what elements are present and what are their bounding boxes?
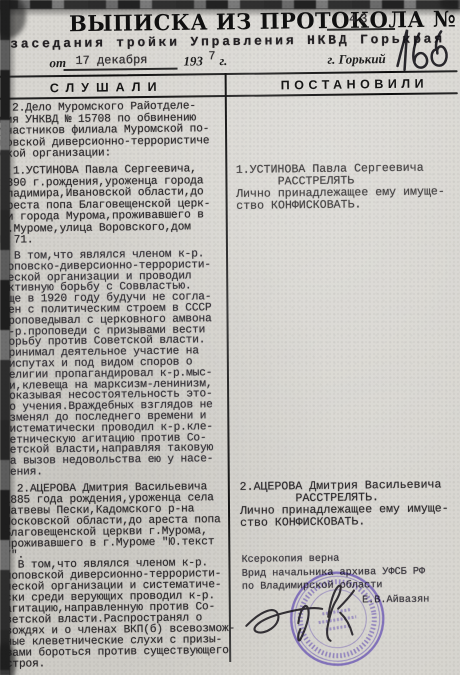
resolution1: 1.УСТИНОВА Павла Сергеевича РАССТРЕЛЯТЬ … [236, 162, 458, 213]
year-printed: 193 [183, 53, 203, 69]
handwritten-page-number [387, 23, 454, 84]
scan-edge-left-shadow [9, 0, 17, 675]
resolution2: 2.АЦЕРОВА Дмитрия Васильевича РАССТРЕЛЯТ… [240, 479, 460, 530]
case-intro-paragraph: 2.Дело Муромского Райотделе- ния УНКВД №… [0, 101, 232, 162]
person2-description: 2.АЦЕРОВА Дмитрия Васильевича 1885 года … [4, 482, 237, 562]
person1-charges: В том,что являлся членом к-р. поповско-д… [1, 249, 236, 479]
person2-charges: В том,что являлся членом к-р. поповской … [5, 558, 238, 671]
date-value: 17 декабря [75, 53, 147, 68]
year-suffix: г. [219, 53, 227, 69]
city-label: г. Горький [327, 51, 385, 68]
signature [242, 578, 373, 650]
person1-description: 1.УСТИНОВА Павла Сергеевича, 1890 г.рожд… [0, 164, 233, 247]
document-content: ВЫПИСКА ИЗ ПРОТОКОЛА № 43 заседания трой… [0, 0, 460, 675]
year-typed: 7 [208, 49, 215, 63]
scan-edge-top-shadow [0, 8, 460, 17]
date-underline [64, 68, 178, 71]
document-page: ВЫПИСКА ИЗ ПРОТОКОЛА № 43 заседания трой… [0, 0, 460, 675]
column-header-slushali: СЛУШАЛИ [50, 80, 164, 95]
